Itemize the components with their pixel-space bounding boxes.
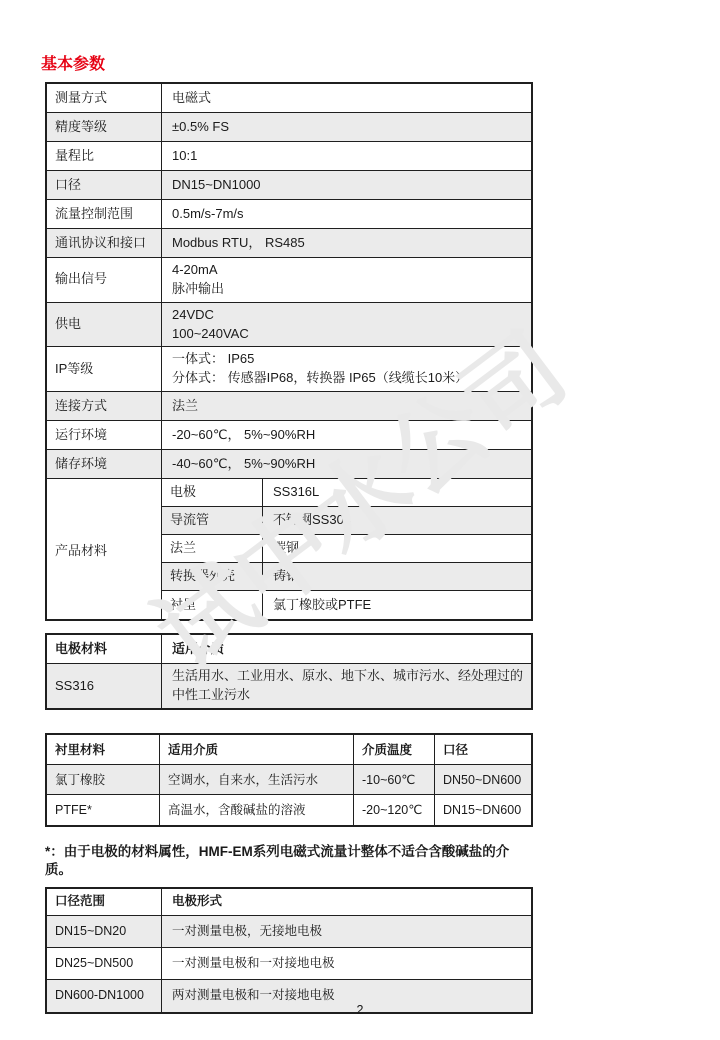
param-value: 法兰: [162, 392, 531, 420]
column-header: 电极材料: [47, 635, 162, 663]
param-value-line: 分体式： 传感器IP68，转换器 IP65（线缆长10米）: [172, 369, 523, 388]
table-row: 量程比 10:1: [47, 142, 531, 171]
material-row: 转换器外壳 铸铝: [162, 563, 531, 591]
table-row: IP等级 一体式： IP65 分体式： 传感器IP68，转换器 IP65（线缆长…: [47, 347, 531, 392]
param-value: 电磁式: [162, 84, 531, 112]
material-part: 导流管: [162, 507, 263, 534]
param-value: -20~60℃， 5%~90%RH: [162, 421, 531, 449]
size-range: DN15~DN20: [47, 916, 162, 947]
material-value: SS316L: [263, 479, 531, 506]
material-row: 电极 SS316L: [162, 479, 531, 507]
material-part: 电极: [162, 479, 263, 506]
param-label: 精度等级: [47, 113, 162, 141]
table-row: 通讯协议和接口 Modbus RTU， RS485: [47, 229, 531, 258]
table-row: DN25~DN500 一对测量电极和一对接地电极: [47, 948, 531, 980]
param-value: Modbus RTU， RS485: [162, 229, 531, 257]
param-label: 输出信号: [47, 258, 162, 302]
param-label: 连接方式: [47, 392, 162, 420]
param-value: 10:1: [162, 142, 531, 170]
param-label: IP等级: [47, 347, 162, 391]
material-value: 不锈钢SS304: [263, 507, 531, 534]
table-row: 运行环境 -20~60℃， 5%~90%RH: [47, 421, 531, 450]
param-value: -40~60℃， 5%~90%RH: [162, 450, 531, 478]
table-row: 流量控制范围 0.5m/s-7m/s: [47, 200, 531, 229]
footnote: *：由于电极的材料属性，HMF-EM系列电磁式流量计整体不适合含酸碱盐的介质。: [45, 843, 533, 879]
param-label: 储存环境: [47, 450, 162, 478]
column-header: 衬里材料: [47, 735, 160, 764]
electrode-material-table: 电极材料 适用介质 SS316 生活用水、工业用水、原水、地下水、城市污水、经处…: [45, 633, 533, 710]
param-value: ±0.5% FS: [162, 113, 531, 141]
param-value: 0.5m/s-7m/s: [162, 200, 531, 228]
param-label: 口径: [47, 171, 162, 199]
table-header-row: 电极材料 适用介质: [47, 635, 531, 664]
material-row: 导流管 不锈钢SS304: [162, 507, 531, 535]
page-number: 2: [0, 1003, 720, 1017]
table-row: 氯丁橡胶 空调水，自来水，生活污水 -10~60℃ DN50~DN600: [47, 765, 531, 795]
size-range: DN25~DN500: [47, 948, 162, 979]
table-row: 测量方式 电磁式: [47, 84, 531, 113]
param-value-line: 24VDC: [172, 306, 523, 325]
lining-material: PTFE*: [47, 795, 160, 825]
section-title: 基本参数: [41, 51, 533, 74]
column-header: 口径范围: [47, 889, 162, 915]
lining-size: DN50~DN600: [435, 765, 531, 794]
electrode-form: 一对测量电极和一对接地电极: [162, 948, 531, 979]
electrode-material: SS316: [47, 664, 162, 708]
table-header-row: 口径范围 电极形式: [47, 889, 531, 916]
lining-media: 空调水，自来水，生活污水: [160, 765, 354, 794]
lining-size: DN15~DN600: [435, 795, 531, 825]
electrode-media: 生活用水、工业用水、原水、地下水、城市污水、经处理过的中性工业污水: [162, 664, 531, 708]
lining-temp: -10~60℃: [354, 765, 435, 794]
param-label: 测量方式: [47, 84, 162, 112]
material-part: 衬里: [162, 591, 263, 619]
lining-media: 高温水，含酸碱盐的溶液: [160, 795, 354, 825]
column-header: 电极形式: [162, 889, 531, 915]
table-header-row: 衬里材料 适用介质 介质温度 口径: [47, 735, 531, 765]
table-row: 储存环境 -40~60℃， 5%~90%RH: [47, 450, 531, 479]
param-label: 供电: [47, 303, 162, 347]
param-label: 运行环境: [47, 421, 162, 449]
material-part: 法兰: [162, 535, 263, 562]
document-page: 试中水公司 基本参数 测量方式 电磁式 精度等级 ±0.5% FS 量程比 10…: [0, 0, 720, 1040]
param-value-line: 100~240VAC: [172, 325, 523, 344]
column-header: 口径: [435, 735, 531, 764]
lining-temp: -20~120℃: [354, 795, 435, 825]
column-header: 适用介质: [162, 635, 531, 663]
param-value: 一体式： IP65 分体式： 传感器IP68，转换器 IP65（线缆长10米）: [162, 347, 531, 391]
basic-params-table: 测量方式 电磁式 精度等级 ±0.5% FS 量程比 10:1 口径 DN15~…: [45, 82, 533, 621]
param-value: DN15~DN1000: [162, 171, 531, 199]
table-row: SS316 生活用水、工业用水、原水、地下水、城市污水、经处理过的中性工业污水: [47, 664, 531, 708]
param-value: 4-20mA 脉冲输出: [162, 258, 531, 302]
param-value-line: 脉冲输出: [172, 280, 523, 299]
material-value: 铸铝: [263, 563, 531, 590]
materials-label: 产品材料: [47, 479, 162, 619]
material-value: 氯丁橡胶或PTFE: [263, 591, 531, 619]
param-label: 量程比: [47, 142, 162, 170]
electrode-form-table: 口径范围 电极形式 DN15~DN20 一对测量电极，无接地电极 DN25~DN…: [45, 887, 533, 1014]
table-row: DN15~DN20 一对测量电极，无接地电极: [47, 916, 531, 948]
table-row: 精度等级 ±0.5% FS: [47, 113, 531, 142]
page-content: 基本参数 测量方式 电磁式 精度等级 ±0.5% FS 量程比 10:1 口径 …: [45, 0, 533, 1014]
table-row: 供电 24VDC 100~240VAC: [47, 303, 531, 348]
table-row: 连接方式 法兰: [47, 392, 531, 421]
param-label: 流量控制范围: [47, 200, 162, 228]
param-label: 通讯协议和接口: [47, 229, 162, 257]
table-row: 口径 DN15~DN1000: [47, 171, 531, 200]
lining-material: 氯丁橡胶: [47, 765, 160, 794]
param-value-line: 4-20mA: [172, 261, 523, 280]
material-value: 碳钢: [263, 535, 531, 562]
column-header: 介质温度: [354, 735, 435, 764]
electrode-form: 一对测量电极，无接地电极: [162, 916, 531, 947]
material-row: 衬里 氯丁橡胶或PTFE: [162, 591, 531, 619]
material-part: 转换器外壳: [162, 563, 263, 590]
materials-subtable: 电极 SS316L 导流管 不锈钢SS304 法兰 碳钢 转换器外壳 铸铝: [162, 479, 531, 619]
param-value-line: 一体式： IP65: [172, 350, 523, 369]
table-row: 输出信号 4-20mA 脉冲输出: [47, 258, 531, 303]
materials-row: 产品材料 电极 SS316L 导流管 不锈钢SS304 法兰 碳钢: [47, 479, 531, 619]
table-row: PTFE* 高温水，含酸碱盐的溶液 -20~120℃ DN15~DN600: [47, 795, 531, 825]
column-header: 适用介质: [160, 735, 354, 764]
lining-material-table: 衬里材料 适用介质 介质温度 口径 氯丁橡胶 空调水，自来水，生活污水 -10~…: [45, 733, 533, 827]
material-row: 法兰 碳钢: [162, 535, 531, 563]
param-value: 24VDC 100~240VAC: [162, 303, 531, 347]
